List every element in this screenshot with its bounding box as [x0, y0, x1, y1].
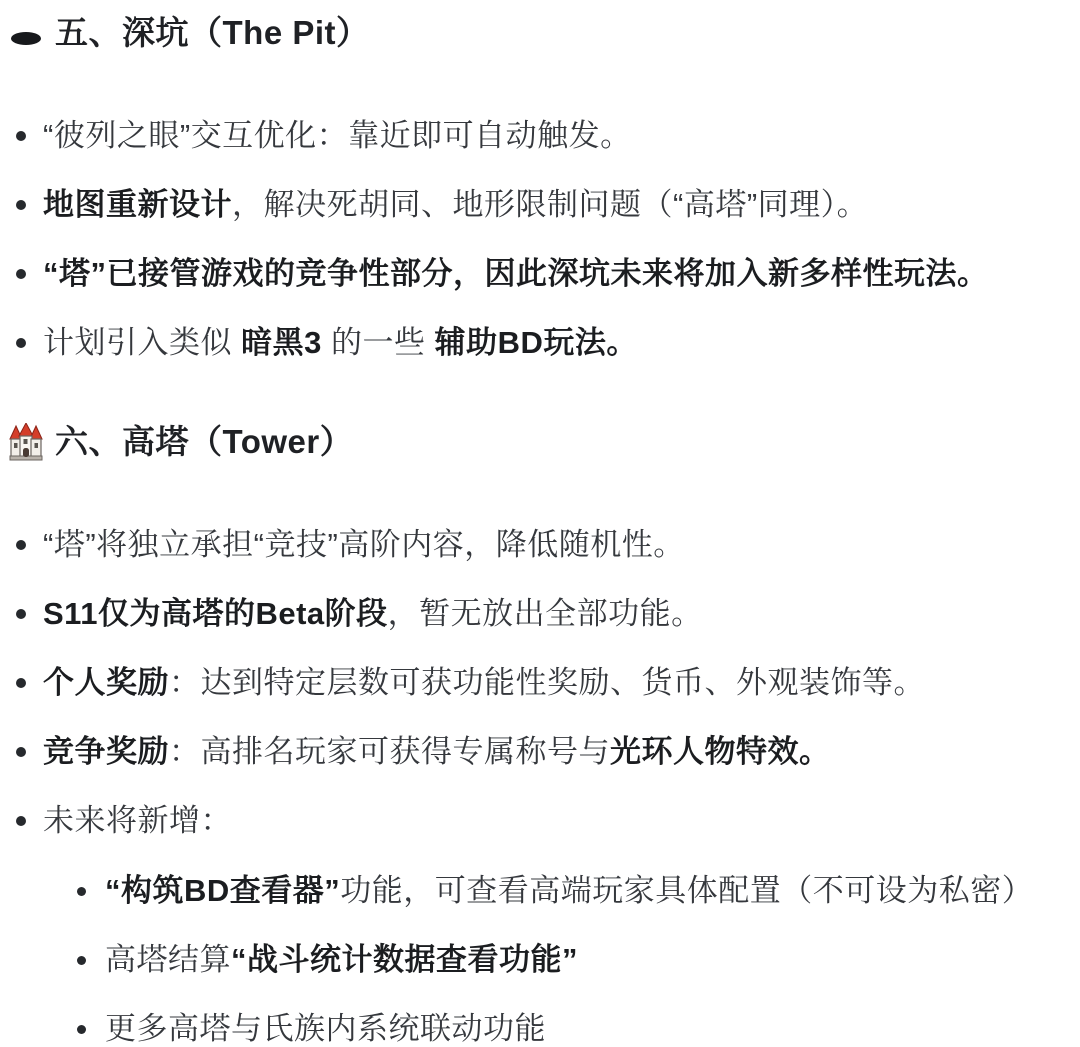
list-item: S11仅为高塔的Beta阶段，暂无放出全部功能。: [8, 594, 1060, 634]
hole-icon: [8, 13, 44, 53]
list-item-body: 高塔结算“战斗统计数据查看功能”: [105, 940, 1060, 980]
text-regular: “彼列之眼”交互优化：靠近即可自动触发。: [43, 118, 632, 153]
bullet-icon: [77, 887, 86, 896]
text-regular: 功能，可查看高端玩家具体配置（不可设为私密）: [340, 873, 1033, 908]
bullet-icon: [16, 338, 26, 348]
list-item-text: S11仅为高塔的Beta阶段，暂无放出全部功能。: [43, 594, 1060, 634]
list-item: 个人奖励：达到特定层数可获功能性奖励、货币、外观装饰等。: [8, 663, 1060, 703]
patch-notes-document: 五、深坑（The Pit）“彼列之眼”交互优化：靠近即可自动触发。地图重新设计，…: [0, 0, 1080, 1047]
text-bold: “构筑BD查看器”: [105, 873, 340, 908]
section-title-tower: 六、高塔（Tower）: [8, 419, 1060, 465]
bullet-icon: [16, 200, 26, 210]
list-item-text: “彼列之眼”交互优化：靠近即可自动触发。: [43, 116, 1060, 156]
list-item: 竞争奖励：高排名玩家可获得专属称号与光环人物特效。: [8, 732, 1060, 772]
text-regular: ，暂无放出全部功能。: [388, 596, 703, 631]
bullet-icon: [16, 747, 26, 757]
list-item-text: 未来将新增：: [43, 801, 1060, 841]
list-item-body: 未来将新增：“构筑BD查看器”功能，可查看高端玩家具体配置（不可设为私密）高塔结…: [43, 801, 1060, 1047]
bullet-list: “彼列之眼”交互优化：靠近即可自动触发。地图重新设计，解决死胡同、地形限制问题（…: [8, 116, 1060, 363]
list-item-text: 计划引入类似 暗黑3 的一些 辅助BD玩法。: [43, 323, 1060, 363]
list-item: 未来将新增：“构筑BD查看器”功能，可查看高端玩家具体配置（不可设为私密）高塔结…: [8, 801, 1060, 1047]
list-item-body: “塔”将独立承担“竞技”高阶内容，降低随机性。: [43, 525, 1060, 565]
text-regular: 的一些: [322, 325, 435, 360]
bullet-icon: [77, 956, 86, 965]
list-item: “塔”已接管游戏的竞争性部分，因此深坑未来将加入新多样性玩法。: [8, 254, 1060, 294]
text-bold: 暗黑3: [241, 325, 322, 360]
section-title-text: 六、高塔（Tower）: [55, 419, 353, 465]
list-item-text: “构筑BD查看器”功能，可查看高端玩家具体配置（不可设为私密）: [105, 871, 1060, 911]
text-regular: 更多高塔与氏族内系统联动功能: [105, 1011, 546, 1046]
nested-bullet-list: “构筑BD查看器”功能，可查看高端玩家具体配置（不可设为私密）高塔结算“战斗统计…: [43, 871, 1060, 1047]
list-item-body: 计划引入类似 暗黑3 的一些 辅助BD玩法。: [43, 323, 1060, 363]
list-item: 地图重新设计，解决死胡同、地形限制问题（“高塔”同理）。: [8, 185, 1060, 225]
bullet-icon: [16, 269, 26, 279]
bullet-icon: [16, 540, 26, 550]
text-bold: 光环人物特效。: [610, 734, 831, 769]
list-item: 更多高塔与氏族内系统联动功能: [77, 1009, 1060, 1047]
list-item-text: 地图重新设计，解决死胡同、地形限制问题（“高塔”同理）。: [43, 185, 1060, 225]
text-bold: S11仅为高塔的Beta阶段: [43, 596, 388, 631]
text-regular: ：高排名玩家可获得专属称号与: [169, 734, 610, 769]
list-item-body: “构筑BD查看器”功能，可查看高端玩家具体配置（不可设为私密）: [105, 871, 1060, 911]
list-item: “彼列之眼”交互优化：靠近即可自动触发。: [8, 116, 1060, 156]
text-bold: 个人奖励: [43, 665, 169, 700]
list-item-text: 高塔结算“战斗统计数据查看功能”: [105, 940, 1060, 980]
text-regular: ，解决死胡同、地形限制问题（“高塔”同理）。: [232, 187, 868, 222]
text-regular: 计划引入类似: [43, 325, 241, 360]
list-item-body: S11仅为高塔的Beta阶段，暂无放出全部功能。: [43, 594, 1060, 634]
text-regular: 高塔结算: [105, 942, 231, 977]
bullet-icon: [77, 1025, 86, 1034]
text-regular: “塔”将独立承担“竞技”高阶内容，降低随机性。: [43, 527, 685, 562]
bullet-icon: [16, 609, 26, 619]
text-bold: 地图重新设计: [43, 187, 232, 222]
list-item: “构筑BD查看器”功能，可查看高端玩家具体配置（不可设为私密）: [77, 871, 1060, 911]
list-item-body: 地图重新设计，解决死胡同、地形限制问题（“高塔”同理）。: [43, 185, 1060, 225]
list-item-body: “塔”已接管游戏的竞争性部分，因此深坑未来将加入新多样性玩法。: [43, 254, 1060, 294]
text-bold: 辅助BD玩法。: [435, 325, 638, 360]
text-regular: 未来将新增：: [43, 803, 232, 838]
bullet-icon: [16, 131, 26, 141]
section-pit: 五、深坑（The Pit）“彼列之眼”交互优化：靠近即可自动触发。地图重新设计，…: [8, 10, 1060, 363]
list-item-body: “彼列之眼”交互优化：靠近即可自动触发。: [43, 116, 1060, 156]
list-item: 计划引入类似 暗黑3 的一些 辅助BD玩法。: [8, 323, 1060, 363]
list-item-text: 竞争奖励：高排名玩家可获得专属称号与光环人物特效。: [43, 732, 1060, 772]
list-item-text: “塔”已接管游戏的竞争性部分，因此深坑未来将加入新多样性玩法。: [43, 254, 1060, 294]
list-item-text: 个人奖励：达到特定层数可获功能性奖励、货币、外观装饰等。: [43, 663, 1060, 703]
castle-icon: [8, 422, 44, 462]
bullet-list: “塔”将独立承担“竞技”高阶内容，降低随机性。S11仅为高塔的Beta阶段，暂无…: [8, 525, 1060, 1047]
bullet-icon: [16, 816, 26, 826]
list-item-body: 更多高塔与氏族内系统联动功能: [105, 1009, 1060, 1047]
section-title-text: 五、深坑（The Pit）: [55, 10, 370, 56]
text-bold: 竞争奖励: [43, 734, 169, 769]
text-bold: “塔”已接管游戏的竞争性部分，因此深坑未来将加入新多样性玩法。: [43, 256, 989, 291]
section-title-pit: 五、深坑（The Pit）: [8, 10, 1060, 56]
text-regular: ：达到特定层数可获功能性奖励、货币、外观装饰等。: [169, 665, 925, 700]
list-item-text: 更多高塔与氏族内系统联动功能: [105, 1009, 1060, 1047]
list-item-text: “塔”将独立承担“竞技”高阶内容，降低随机性。: [43, 525, 1060, 565]
list-item: 高塔结算“战斗统计数据查看功能”: [77, 940, 1060, 980]
list-item: “塔”将独立承担“竞技”高阶内容，降低随机性。: [8, 525, 1060, 565]
list-item-body: 个人奖励：达到特定层数可获功能性奖励、货币、外观装饰等。: [43, 663, 1060, 703]
bullet-icon: [16, 678, 26, 688]
list-item-body: 竞争奖励：高排名玩家可获得专属称号与光环人物特效。: [43, 732, 1060, 772]
section-tower: 六、高塔（Tower）“塔”将独立承担“竞技”高阶内容，降低随机性。S11仅为高…: [8, 419, 1060, 1047]
text-bold: “战斗统计数据查看功能”: [231, 942, 578, 977]
